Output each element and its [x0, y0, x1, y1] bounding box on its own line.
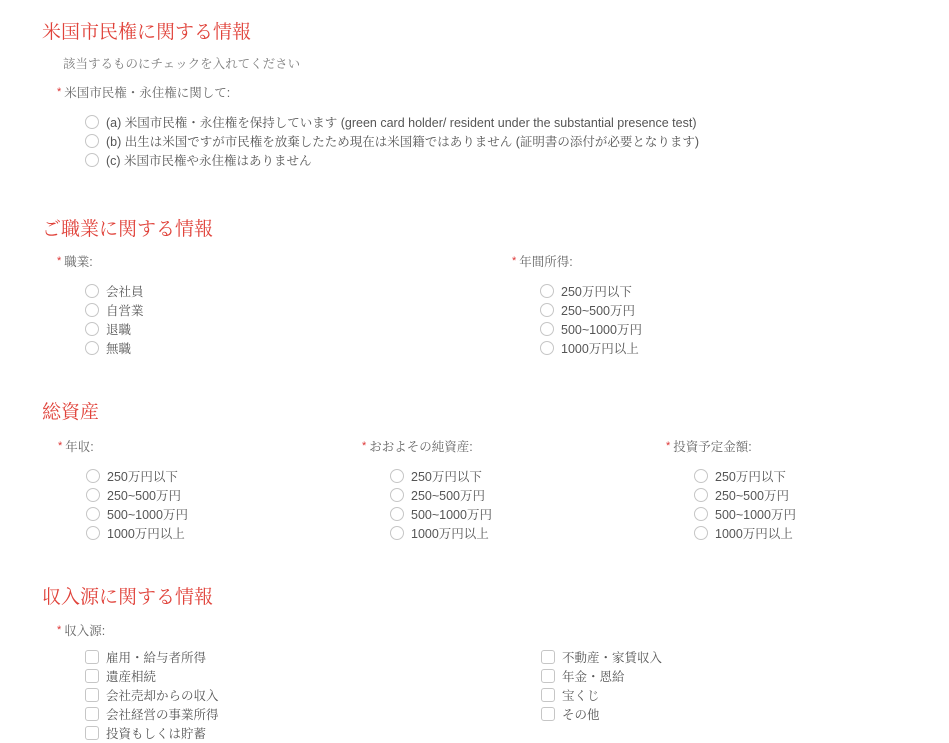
annual-income-options: 250万円以下 250~500万円 500~1000万円 1000万円以上 — [540, 281, 642, 357]
field-annual-income: *年間所得: 250万円以下 250~500万円 500~1000万円 1000… — [512, 255, 642, 357]
required-asterisk: * — [362, 440, 366, 452]
checkbox-icon[interactable] — [85, 669, 99, 683]
radio-option-label: 500~1000万円 — [411, 505, 492, 523]
required-asterisk: * — [666, 440, 670, 452]
radio-button-icon[interactable] — [540, 341, 554, 355]
radio-button-icon[interactable] — [85, 134, 99, 148]
radio-option-us-citizenship-a[interactable]: (a) 米国市民権・永住権を保持しています (green card holder… — [85, 112, 699, 131]
field-planned-investment: *投資予定金額: 250万円以下 250~500万円 500~1000万円 10… — [666, 440, 796, 542]
checkbox-icon[interactable] — [85, 688, 99, 702]
radio-option-label: (c) 米国市民権や永住権はありません — [106, 151, 312, 169]
field-income-sources: *収入源: — [57, 624, 105, 640]
radio-option-net-worth-2[interactable]: 250~500万円 — [390, 485, 492, 504]
us-citizenship-field-label: *米国市民権・永住権に関して: — [57, 86, 699, 102]
radio-button-icon[interactable] — [86, 507, 100, 521]
checkbox-option-label: 雇用・給与者所得 — [106, 648, 206, 666]
checkbox-option-employment-salary-income[interactable]: 雇用・給与者所得 — [85, 647, 219, 666]
field-label-text: 年間所得: — [519, 255, 572, 269]
occupation-options: 会社員 自営業 退職 無職 — [85, 281, 144, 357]
checkbox-icon[interactable] — [541, 650, 555, 664]
field-label-text: 投資予定金額: — [673, 440, 751, 454]
field-occupation: *職業: 会社員 自営業 退職 無職 — [57, 255, 144, 357]
radio-option-us-citizenship-b[interactable]: (b) 出生は米国ですが市民権を放棄したため現在は米国籍ではありません (証明書… — [85, 131, 699, 150]
annual-income-field-label: *年間所得: — [512, 255, 642, 271]
field-label-text: おおよその純資産: — [369, 440, 472, 454]
radio-button-icon[interactable] — [390, 469, 404, 483]
radio-button-icon[interactable] — [85, 303, 99, 317]
us-citizenship-options: (a) 米国市民権・永住権を保持しています (green card holder… — [85, 112, 699, 169]
checkbox-option-label: 年金・恩給 — [562, 667, 625, 685]
radio-option-yearly-income-1[interactable]: 250万円以下 — [86, 466, 188, 485]
checkbox-option-label: 不動産・家賃収入 — [562, 648, 662, 666]
radio-button-icon[interactable] — [86, 469, 100, 483]
radio-option-label: (a) 米国市民権・永住権を保持しています (green card holder… — [106, 113, 697, 131]
radio-option-yearly-income-3[interactable]: 500~1000万円 — [86, 504, 188, 523]
income-sources-field-label: *収入源: — [57, 624, 105, 640]
radio-option-label: 250万円以下 — [107, 467, 178, 485]
checkbox-option-company-sale-income[interactable]: 会社売却からの収入 — [85, 685, 219, 704]
radio-option-planned-investment-4[interactable]: 1000万円以上 — [694, 523, 796, 542]
radio-option-planned-investment-1[interactable]: 250万円以下 — [694, 466, 796, 485]
checkbox-option-label: その他 — [562, 705, 600, 723]
checkbox-option-inheritance[interactable]: 遺産相続 — [85, 666, 219, 685]
radio-option-net-worth-4[interactable]: 1000万円以上 — [390, 523, 492, 542]
radio-button-icon[interactable] — [540, 303, 554, 317]
required-asterisk: * — [512, 255, 516, 267]
radio-option-annual-income-1[interactable]: 250万円以下 — [540, 281, 642, 300]
radio-button-icon[interactable] — [390, 526, 404, 540]
checkbox-option-label: 投資もしくは貯蓄 — [106, 724, 206, 742]
radio-option-label: (b) 出生は米国ですが市民権を放棄したため現在は米国籍ではありません (証明書… — [106, 132, 699, 150]
checkbox-option-label: 会社売却からの収入 — [106, 686, 219, 704]
required-asterisk: * — [57, 255, 61, 267]
radio-option-label: 500~1000万円 — [561, 320, 642, 338]
radio-button-icon[interactable] — [85, 115, 99, 129]
radio-option-annual-income-3[interactable]: 500~1000万円 — [540, 319, 642, 338]
radio-button-icon[interactable] — [85, 153, 99, 167]
radio-option-label: 250万円以下 — [411, 467, 482, 485]
radio-option-label: 退職 — [106, 320, 131, 338]
radio-option-planned-investment-2[interactable]: 250~500万円 — [694, 485, 796, 504]
field-yearly-income: *年収: 250万円以下 250~500万円 500~1000万円 1000万円… — [58, 440, 188, 542]
kyc-form-page: 米国市民権に関する情報 該当するものにチェックを入れてください *米国市民権・永… — [0, 0, 949, 743]
radio-button-icon[interactable] — [390, 507, 404, 521]
checkbox-option-other[interactable]: その他 — [541, 704, 662, 723]
required-asterisk: * — [57, 86, 61, 98]
required-asterisk: * — [57, 624, 61, 636]
net-worth-field-label: *おおよその純資産: — [362, 440, 492, 456]
income-sources-column-1: 雇用・給与者所得 遺産相続 会社売却からの収入 会社経営の事業所得 投資もしくは… — [85, 647, 219, 742]
checkbox-icon[interactable] — [541, 707, 555, 721]
radio-option-yearly-income-2[interactable]: 250~500万円 — [86, 485, 188, 504]
radio-option-us-citizenship-c[interactable]: (c) 米国市民権や永住権はありません — [85, 150, 699, 169]
radio-option-yearly-income-4[interactable]: 1000万円以上 — [86, 523, 188, 542]
checkbox-option-label: 宝くじ — [562, 686, 600, 704]
checkbox-icon[interactable] — [541, 688, 555, 702]
planned-investment-options: 250万円以下 250~500万円 500~1000万円 1000万円以上 — [694, 466, 796, 542]
check-applicable-hint: 該当するものにチェックを入れてください — [63, 57, 300, 72]
radio-option-label: 500~1000万円 — [107, 505, 188, 523]
radio-option-label: 会社員 — [106, 282, 144, 300]
radio-button-icon[interactable] — [86, 488, 100, 502]
section-total-assets: 総資産 *年収: 250万円以下 250~500万円 500~1000万円 — [42, 402, 942, 424]
field-label-text: 職業: — [64, 255, 92, 269]
checkbox-option-label: 遺産相続 — [106, 667, 156, 685]
radio-option-label: 250~500万円 — [715, 486, 789, 504]
total-assets-section-title: 総資産 — [42, 402, 942, 424]
checkbox-icon[interactable] — [541, 669, 555, 683]
required-asterisk: * — [58, 440, 62, 452]
radio-button-icon[interactable] — [540, 322, 554, 336]
radio-button-icon[interactable] — [694, 469, 708, 483]
section-occupation: ご職業に関する情報 *職業: 会社員 自営業 退職 無職 — [42, 219, 942, 241]
radio-option-occupation-unemployed[interactable]: 無職 — [85, 338, 144, 357]
radio-option-label: 1000万円以上 — [411, 524, 489, 542]
occupation-field-label: *職業: — [57, 255, 144, 271]
radio-option-label: 250~500万円 — [561, 301, 635, 319]
radio-option-label: 250万円以下 — [561, 282, 632, 300]
radio-button-icon[interactable] — [540, 284, 554, 298]
radio-option-occupation-company-employee[interactable]: 会社員 — [85, 281, 144, 300]
yearly-income-options: 250万円以下 250~500万円 500~1000万円 1000万円以上 — [86, 466, 188, 542]
radio-button-icon[interactable] — [390, 488, 404, 502]
checkbox-option-business-income[interactable]: 会社経営の事業所得 — [85, 704, 219, 723]
field-label-text: 米国市民権・永住権に関して: — [64, 86, 230, 100]
radio-option-label: 500~1000万円 — [715, 505, 796, 523]
radio-option-net-worth-1[interactable]: 250万円以下 — [390, 466, 492, 485]
radio-option-label: 250~500万円 — [107, 486, 181, 504]
radio-option-label: 自営業 — [106, 301, 144, 319]
checkbox-option-pension[interactable]: 年金・恩給 — [541, 666, 662, 685]
checkbox-icon[interactable] — [85, 650, 99, 664]
radio-option-label: 250万円以下 — [715, 467, 786, 485]
field-label-text: 年収: — [65, 440, 93, 454]
radio-button-icon[interactable] — [85, 284, 99, 298]
radio-option-annual-income-4[interactable]: 1000万円以上 — [540, 338, 642, 357]
checkbox-icon[interactable] — [85, 726, 99, 740]
us-citizenship-section-title: 米国市民権に関する情報 — [42, 22, 942, 44]
checkbox-option-label: 会社経営の事業所得 — [106, 705, 219, 723]
radio-button-icon[interactable] — [694, 526, 708, 540]
radio-option-label: 1000万円以上 — [107, 524, 185, 542]
planned-investment-field-label: *投資予定金額: — [666, 440, 796, 456]
radio-option-label: 250~500万円 — [411, 486, 485, 504]
radio-option-net-worth-3[interactable]: 500~1000万円 — [390, 504, 492, 523]
radio-button-icon[interactable] — [694, 507, 708, 521]
radio-option-occupation-self-employed[interactable]: 自営業 — [85, 300, 144, 319]
radio-option-occupation-retired[interactable]: 退職 — [85, 319, 144, 338]
radio-option-label: 1000万円以上 — [561, 339, 639, 357]
checkbox-option-real-estate-rent-income[interactable]: 不動産・家賃収入 — [541, 647, 662, 666]
section-income-sources: 収入源に関する情報 *収入源: 雇用・給与者所得 遺産相続 会社売却からの収入 … — [42, 587, 942, 609]
checkbox-option-lottery[interactable]: 宝くじ — [541, 685, 662, 704]
field-label-text: 収入源: — [64, 624, 105, 638]
section-us-citizenship: 米国市民権に関する情報 該当するものにチェックを入れてください *米国市民権・永… — [42, 22, 942, 44]
radio-button-icon[interactable] — [85, 322, 99, 336]
field-net-worth: *おおよその純資産: 250万円以下 250~500万円 500~1000万円 … — [362, 440, 492, 542]
yearly-income-field-label: *年収: — [58, 440, 188, 456]
checkbox-option-investment-or-savings[interactable]: 投資もしくは貯蓄 — [85, 723, 219, 742]
radio-option-label: 1000万円以上 — [715, 524, 793, 542]
occupation-section-title: ご職業に関する情報 — [42, 219, 942, 241]
radio-option-annual-income-2[interactable]: 250~500万円 — [540, 300, 642, 319]
income-sources-column-2: 不動産・家賃収入 年金・恩給 宝くじ その他 — [541, 647, 662, 723]
radio-button-icon[interactable] — [86, 526, 100, 540]
income-sources-section-title: 収入源に関する情報 — [42, 587, 942, 609]
radio-option-planned-investment-3[interactable]: 500~1000万円 — [694, 504, 796, 523]
net-worth-options: 250万円以下 250~500万円 500~1000万円 1000万円以上 — [390, 466, 492, 542]
radio-button-icon[interactable] — [85, 341, 99, 355]
checkbox-icon[interactable] — [85, 707, 99, 721]
radio-button-icon[interactable] — [694, 488, 708, 502]
field-us-citizenship-status: *米国市民権・永住権に関して: (a) 米国市民権・永住権を保持しています (g… — [57, 86, 699, 169]
radio-option-label: 無職 — [106, 339, 131, 357]
